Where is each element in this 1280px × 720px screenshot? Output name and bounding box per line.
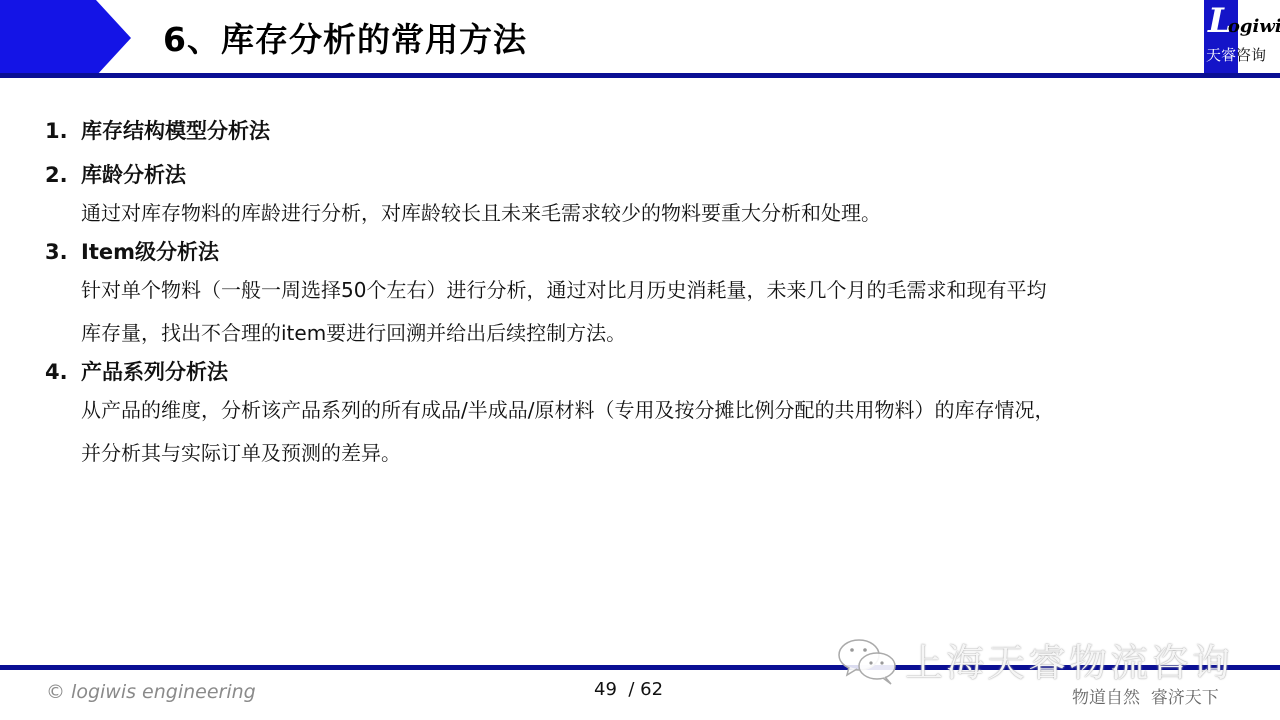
item-description: 库存量，找出不合理的item要进行回溯并给出后续控制方法。	[45, 312, 1265, 355]
logo-subtitle-white: 天睿	[1206, 46, 1236, 64]
item-title: 4. 产品系列分析法	[45, 355, 1265, 389]
item-number: 3.	[45, 235, 81, 269]
item-title-text: 库龄分析法	[81, 158, 186, 192]
item-number: 1.	[45, 114, 81, 148]
list-item: 4. 产品系列分析法 从产品的维度，分析该产品系列的所有成品/半成品/原材料（专…	[45, 355, 1265, 475]
logo-subtitle-dark: 咨询	[1236, 46, 1266, 64]
item-title: 3. Item级分析法	[45, 235, 1265, 269]
item-title: 1. 库存结构模型分析法	[45, 114, 1265, 148]
list-item: 3. Item级分析法 针对单个物料（一般一周选择50个左右）进行分析，通过对比…	[45, 235, 1265, 355]
item-description: 从产品的维度，分析该产品系列的所有成品/半成品/原材料（专用及按分摊比例分配的共…	[45, 389, 1265, 432]
watermark-text: 上海天睿物流咨询	[905, 632, 1233, 687]
item-number: 2.	[45, 158, 81, 192]
logo-subtitle: 天睿咨询	[1206, 44, 1266, 65]
page-number: 49 / 62	[594, 679, 663, 700]
method-list: 1. 库存结构模型分析法 2. 库龄分析法 通过对库存物料的库龄进行分析，对库龄…	[45, 114, 1265, 475]
item-number: 4.	[45, 355, 81, 389]
logo-rest: ogiwis	[1228, 16, 1280, 37]
item-description: 通过对库存物料的库龄进行分析，对库龄较长且未来毛需求较少的物料要重大分析和处理。	[45, 192, 1265, 235]
item-title: 2. 库龄分析法	[45, 158, 1265, 192]
logo-wordmark: Logiwis	[1208, 2, 1280, 40]
item-description: 针对单个物料（一般一周选择50个左右）进行分析，通过对比月历史消耗量，未来几个月…	[45, 269, 1265, 312]
item-title-text: 库存结构模型分析法	[81, 114, 270, 148]
item-title-text: 产品系列分析法	[81, 355, 228, 389]
list-item: 1. 库存结构模型分析法	[45, 114, 1265, 148]
header-arrow-shape	[0, 0, 135, 76]
list-item: 2. 库龄分析法 通过对库存物料的库龄进行分析，对库龄较长且未来毛需求较少的物料…	[45, 158, 1265, 235]
copyright: © logiwis engineering	[46, 681, 256, 703]
wechat-icon	[835, 637, 901, 687]
item-description: 并分析其与实际订单及预测的差异。	[45, 432, 1265, 475]
header-divider-left	[0, 73, 100, 78]
header-divider	[95, 73, 1280, 78]
slogan: 物道自然 睿济天下	[1072, 683, 1219, 708]
item-title-text: Item级分析法	[81, 235, 219, 269]
page-title: 6、库存分析的常用方法	[163, 18, 527, 62]
